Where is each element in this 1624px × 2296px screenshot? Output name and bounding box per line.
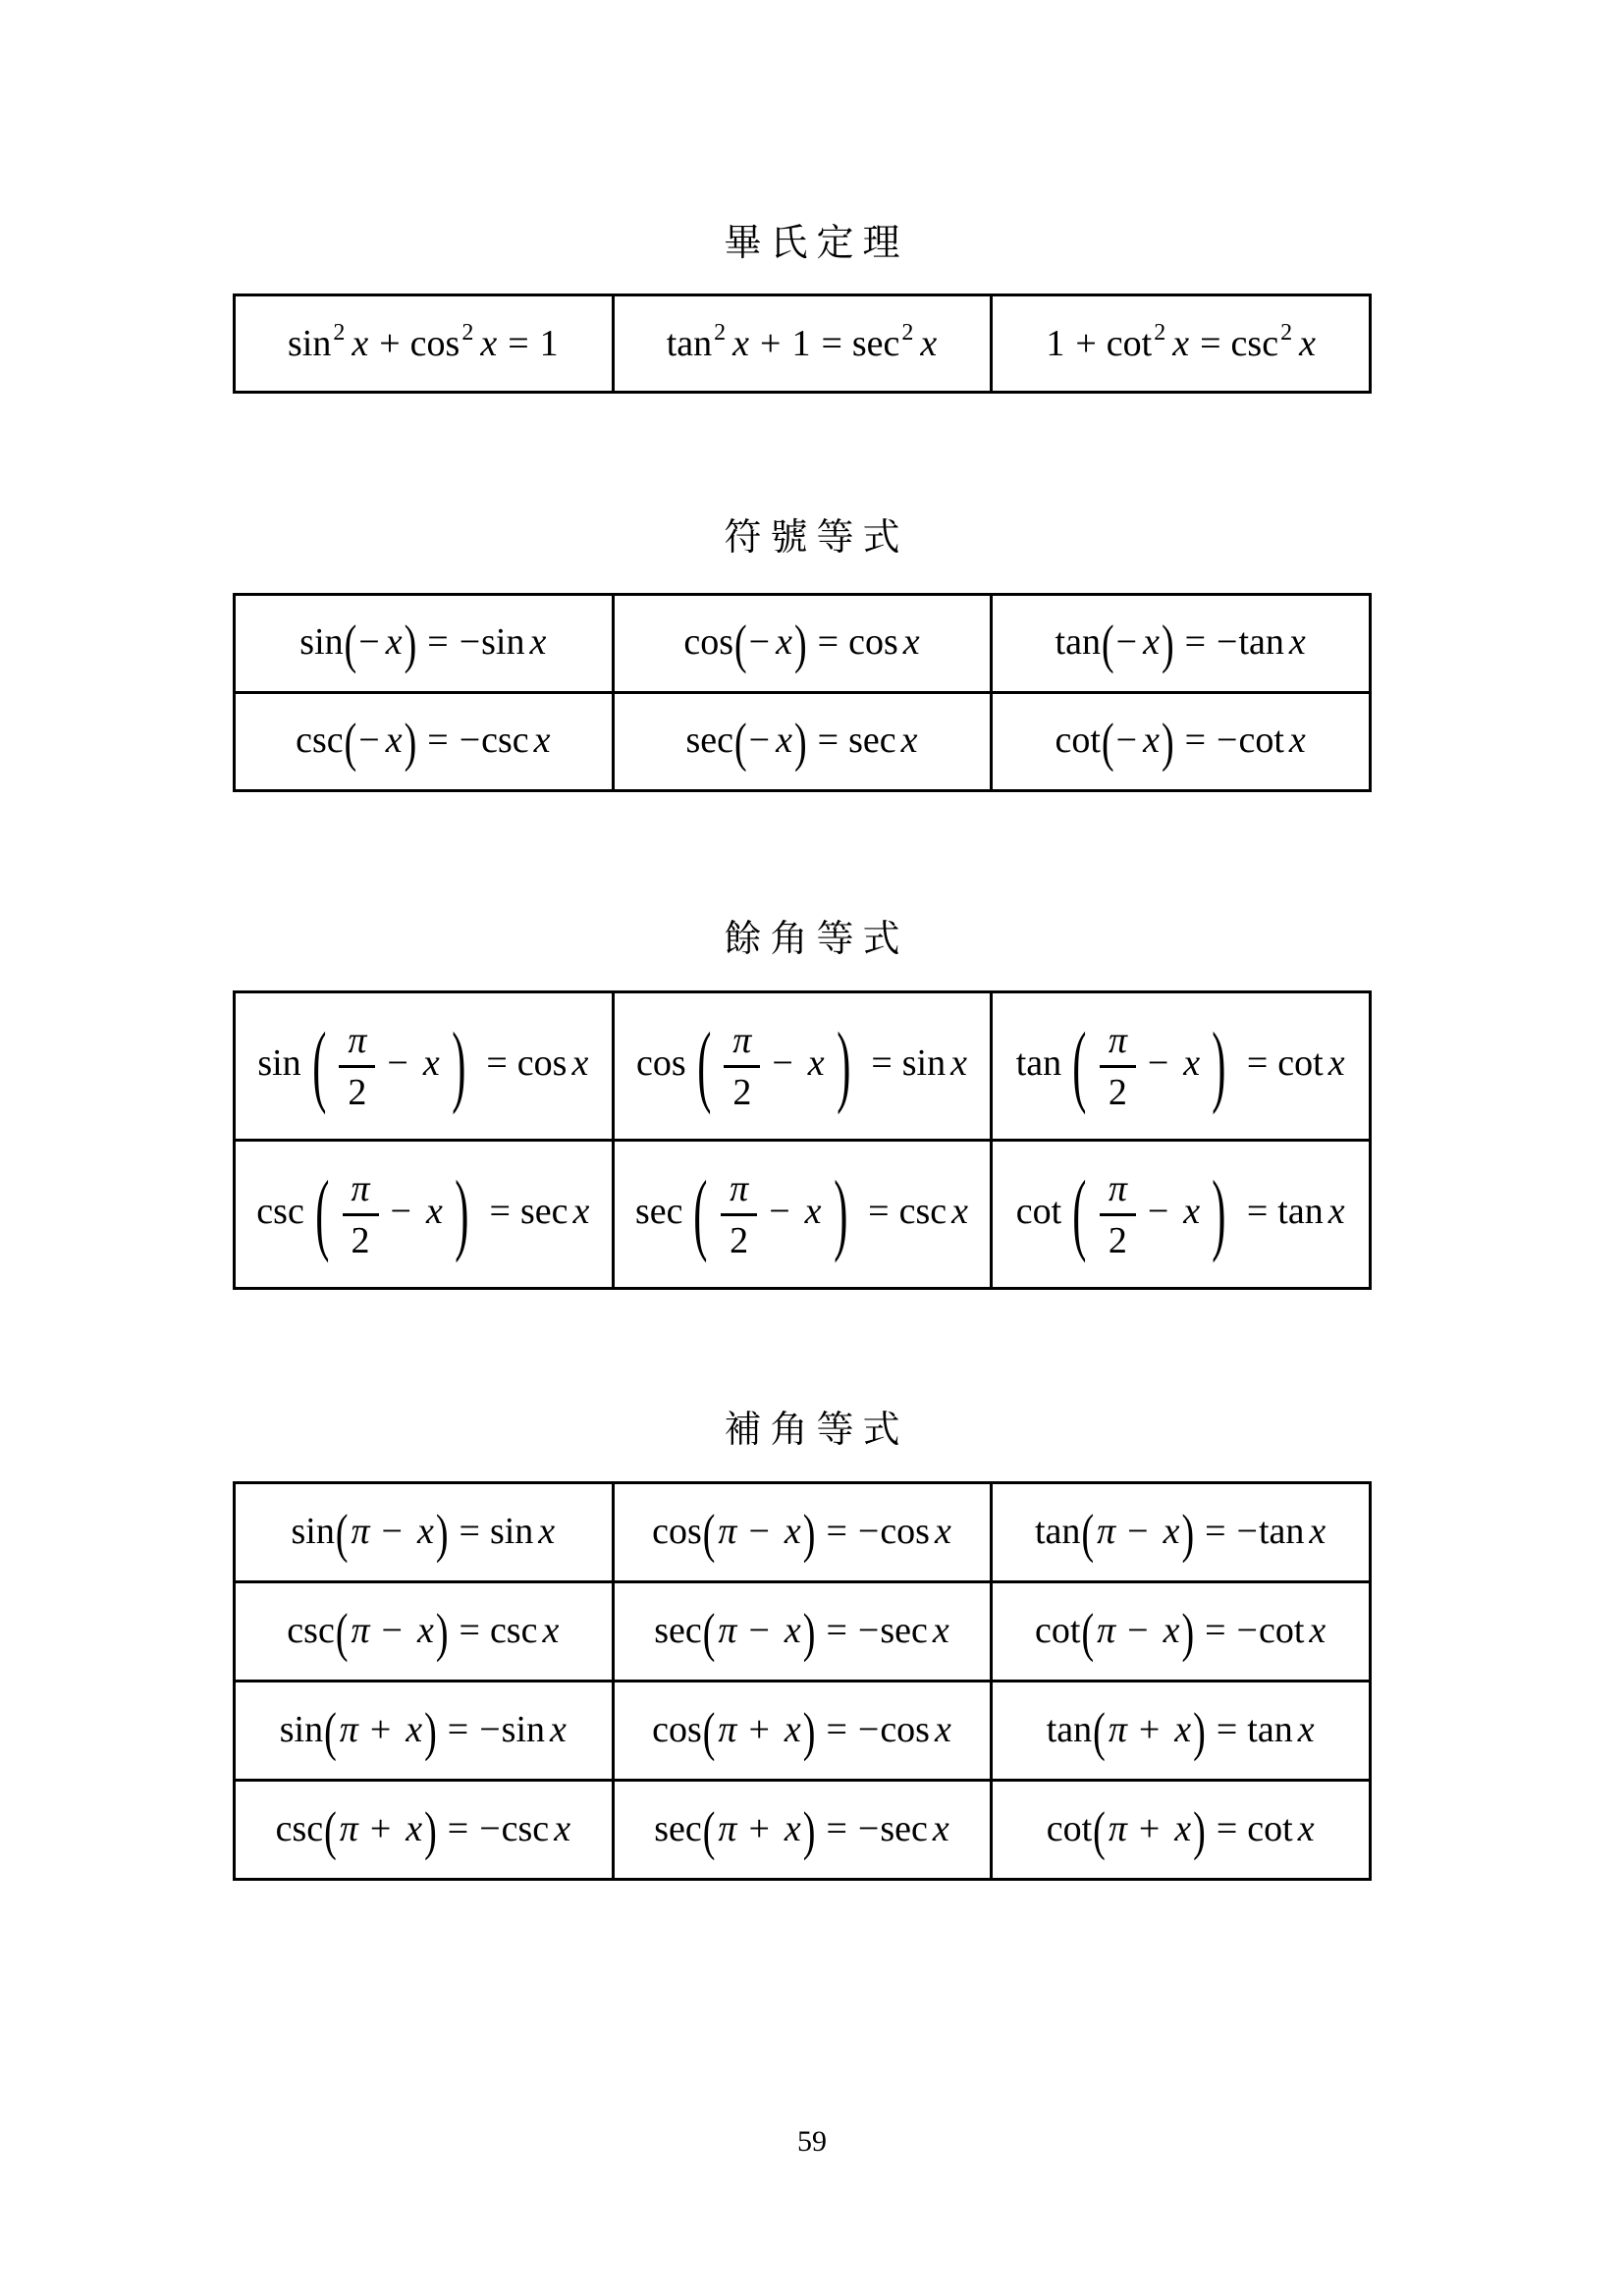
formula-cell: tan(−x)=−tanx: [992, 595, 1371, 693]
operator: =: [448, 1709, 468, 1750]
function-name: tan: [1016, 1042, 1061, 1084]
left-paren: (: [1081, 1507, 1094, 1561]
function-name: cos: [410, 323, 460, 364]
operator: =: [871, 1042, 892, 1084]
fraction: π2: [342, 1168, 378, 1261]
variable: x: [417, 1610, 434, 1651]
formula-cell: tan(π2−x)=cotx: [992, 992, 1371, 1141]
formula-cell: sec(π−x)=−secx: [613, 1582, 992, 1682]
operator: =: [818, 621, 839, 663]
operator: =: [460, 1610, 480, 1651]
formula-cell: csc(π2−x)=secx: [235, 1141, 614, 1289]
function-name: tan: [667, 323, 712, 364]
fraction-denominator: 2: [1100, 1213, 1136, 1261]
variable: x: [935, 1511, 951, 1552]
function-name: sec: [880, 1610, 928, 1651]
supplementary-identities-table: sin(π−x)=sinx cos(π−x)=−cosx tan(π−x)=−t…: [233, 1481, 1372, 1881]
operator: −: [748, 1511, 769, 1552]
variable: x: [1298, 1709, 1315, 1750]
function-name: csc: [502, 1808, 550, 1849]
operator: +: [370, 1808, 391, 1849]
right-paren: ): [1181, 1606, 1194, 1660]
unary-minus: −: [358, 720, 379, 761]
big-left-paren: (: [697, 1020, 711, 1111]
operator: =: [1205, 1610, 1225, 1651]
variable: x: [785, 1709, 801, 1750]
unary-minus: −: [1217, 621, 1237, 663]
function-name: cot: [1259, 1610, 1304, 1651]
operator: −: [1127, 1610, 1148, 1651]
section-title-cofunction-identities: 餘角等式: [0, 920, 1624, 961]
right-paren: ): [1193, 1705, 1206, 1759]
fraction-denominator: 2: [1100, 1065, 1136, 1113]
variable: x: [1164, 1511, 1180, 1552]
variable: x: [406, 1709, 422, 1750]
variable: x: [1298, 1808, 1315, 1849]
function-name: cos: [652, 1709, 702, 1750]
unary-minus: −: [1116, 720, 1137, 761]
formula-cell: tan(π−x)=−tanx: [992, 1483, 1371, 1582]
function-name: csc: [490, 1610, 538, 1651]
right-paren: ): [794, 716, 807, 770]
variable: x: [1172, 323, 1189, 364]
variable: x: [1309, 1511, 1326, 1552]
big-right-paren: ): [452, 1020, 465, 1111]
big-left-paren: (: [1072, 1020, 1086, 1111]
page-number: 59: [0, 2125, 1624, 2159]
right-paren: ): [1193, 1804, 1206, 1858]
right-paren: ): [794, 617, 807, 671]
pi-symbol: π: [718, 1808, 736, 1849]
superscript: 2: [714, 320, 726, 346]
function-name: csc: [276, 1808, 324, 1849]
operator: −: [1127, 1511, 1148, 1552]
function-name: cot: [1016, 1191, 1061, 1232]
left-paren: (: [336, 1507, 349, 1561]
superscript: 2: [333, 320, 345, 346]
big-left-paren: (: [1072, 1168, 1086, 1259]
right-paren: ): [405, 617, 417, 671]
operator: +: [370, 1709, 391, 1750]
fraction-denominator: 2: [343, 1213, 379, 1261]
function-name: sin: [299, 621, 343, 663]
operator: =: [1200, 323, 1220, 364]
fraction-denominator: 2: [721, 1213, 757, 1261]
left-paren: (: [703, 1804, 716, 1858]
fraction-denominator: 2: [339, 1065, 375, 1113]
operator: =: [448, 1808, 468, 1849]
variable: x: [572, 1191, 589, 1232]
formula-cell: cot(−x)=−cotx: [992, 693, 1371, 791]
fraction: π2: [339, 1020, 375, 1113]
operator: =: [1205, 1511, 1225, 1552]
formula-cell: cos(π2−x)=sinx: [613, 992, 992, 1141]
variable: x: [808, 1042, 825, 1084]
operator: =: [1247, 1042, 1268, 1084]
formula-cell: 1+cot2x=csc2x: [992, 295, 1371, 393]
unary-minus: −: [858, 1511, 879, 1552]
section-title-supplementary-identities: 補角等式: [0, 1411, 1624, 1452]
pi-symbol: π: [1109, 1808, 1127, 1849]
variable: x: [933, 1808, 949, 1849]
function-name: sin: [502, 1709, 545, 1750]
function-name: tan: [1047, 1709, 1092, 1750]
table-row: sin(π2−x)=cosx cos(π2−x)=sinx tan(π2−x)=…: [235, 992, 1371, 1141]
operator: =: [868, 1191, 889, 1232]
fraction-denominator: 2: [724, 1065, 760, 1113]
variable: x: [785, 1511, 801, 1552]
unary-minus: −: [479, 1709, 500, 1750]
left-paren: (: [703, 1705, 716, 1759]
pi-symbol: π: [718, 1610, 736, 1651]
formula-cell: cot(π+x)=cotx: [992, 1781, 1371, 1880]
operator: =: [427, 720, 448, 761]
operator: =: [508, 323, 528, 364]
variable: x: [901, 720, 918, 761]
operator: =: [826, 1511, 846, 1552]
formula-cell: cos(π+x)=−cosx: [613, 1682, 992, 1781]
variable: x: [386, 621, 403, 663]
formula-cell: sin(π−x)=sinx: [235, 1483, 614, 1582]
fraction: π2: [1100, 1020, 1136, 1113]
left-paren: (: [1102, 716, 1114, 770]
function-name: sin: [280, 1709, 323, 1750]
table-row: csc(π+x)=−cscx sec(π+x)=−secx cot(π+x)=c…: [235, 1781, 1371, 1880]
formula-cell: sin(π2−x)=cosx: [235, 992, 614, 1141]
function-name: csc: [256, 1191, 304, 1232]
operator: −: [391, 1191, 411, 1232]
variable: x: [1328, 1191, 1345, 1232]
right-paren: ): [424, 1705, 437, 1759]
variable: x: [920, 323, 937, 364]
right-paren: ): [1181, 1507, 1194, 1561]
variable: x: [554, 1808, 570, 1849]
right-paren: ): [803, 1606, 816, 1660]
left-paren: (: [324, 1705, 337, 1759]
formula-cell: sec(−x)=secx: [613, 693, 992, 791]
variable: x: [538, 1511, 555, 1552]
left-paren: (: [336, 1606, 349, 1660]
left-paren: (: [324, 1804, 337, 1858]
function-name: tan: [1035, 1511, 1080, 1552]
right-paren: ): [405, 716, 417, 770]
operator: −: [772, 1042, 792, 1084]
operator: =: [1247, 1191, 1268, 1232]
pi-symbol: π: [340, 1709, 358, 1750]
right-paren: ): [424, 1804, 437, 1858]
table-row: sin(−x)=−sinx cos(−x)=cosx tan(−x)=−tanx: [235, 595, 1371, 693]
variable: x: [571, 1042, 588, 1084]
function-name: cos: [517, 1042, 568, 1084]
left-paren: (: [345, 716, 357, 770]
function-name: tan: [1238, 621, 1283, 663]
operator: +: [1075, 323, 1096, 364]
number: 1: [1046, 323, 1064, 364]
fraction-numerator: π: [724, 1020, 760, 1065]
unary-minus: −: [858, 1610, 879, 1651]
variable: x: [1164, 1610, 1180, 1651]
variable: x: [933, 1610, 949, 1651]
variable: x: [1289, 720, 1306, 761]
superscript: 2: [461, 320, 473, 346]
table-row: sin2x+cos2x=1 tan2x+1=sec2x 1+cot2x=csc2…: [235, 295, 1371, 393]
variable: x: [1183, 1042, 1200, 1084]
unary-minus: −: [858, 1709, 879, 1750]
formula-cell: tan2x+1=sec2x: [613, 295, 992, 393]
variable: x: [542, 1610, 559, 1651]
variable: x: [1289, 621, 1306, 663]
big-right-paren: ): [1212, 1020, 1225, 1111]
function-name: cot: [1056, 720, 1101, 761]
variable: x: [480, 323, 497, 364]
left-paren: (: [703, 1606, 716, 1660]
fraction: π2: [724, 1020, 760, 1113]
function-name: cot: [1047, 1808, 1092, 1849]
variable: x: [950, 1042, 967, 1084]
variable: x: [530, 621, 547, 663]
operator: =: [826, 1709, 846, 1750]
big-left-paren: (: [312, 1020, 326, 1111]
variable: x: [406, 1808, 422, 1849]
table-row: csc(π2−x)=secx sec(π2−x)=cscx cot(π2−x)=…: [235, 1141, 1371, 1289]
right-paren: ): [436, 1507, 449, 1561]
operator: +: [748, 1709, 769, 1750]
left-paren: (: [734, 716, 747, 770]
formula-cell: cos(π−x)=−cosx: [613, 1483, 992, 1582]
function-name: cos: [652, 1511, 702, 1552]
operator: −: [1148, 1191, 1168, 1232]
function-name: sin: [288, 323, 331, 364]
table-row: sin(π−x)=sinx cos(π−x)=−cosx tan(π−x)=−t…: [235, 1483, 1371, 1582]
formula-cell: sin(π+x)=−sinx: [235, 1682, 614, 1781]
formula-cell: sec(π+x)=−secx: [613, 1781, 992, 1880]
right-paren: ): [803, 1507, 816, 1561]
big-left-paren: (: [694, 1168, 708, 1259]
formula-cell: csc(π+x)=−cscx: [235, 1781, 614, 1880]
fraction-numerator: π: [342, 1168, 378, 1213]
number: 1: [540, 323, 559, 364]
formula-cell: cot(π−x)=−cotx: [992, 1582, 1371, 1682]
left-paren: (: [1102, 617, 1114, 671]
formula-cell: csc(−x)=−cscx: [235, 693, 614, 791]
unary-minus: −: [1217, 720, 1237, 761]
operator: −: [748, 1610, 769, 1651]
operator: =: [460, 1511, 480, 1552]
function-name: cos: [880, 1709, 930, 1750]
function-name: sin: [257, 1042, 300, 1084]
pi-symbol: π: [351, 1511, 369, 1552]
variable: x: [1143, 720, 1160, 761]
big-right-paren: ): [837, 1020, 850, 1111]
right-paren: ): [1162, 617, 1174, 671]
pi-symbol: π: [340, 1808, 358, 1849]
unary-minus: −: [460, 621, 480, 663]
document-page: 畢氏定理 sin2x+cos2x=1 tan2x+1=sec2x 1+cot2x…: [0, 0, 1624, 2296]
function-name: cos: [636, 1042, 686, 1084]
fraction: π2: [1100, 1168, 1136, 1261]
right-paren: ): [803, 1804, 816, 1858]
function-name: sec: [880, 1808, 928, 1849]
formula-cell: sec(π2−x)=cscx: [613, 1141, 992, 1289]
function-name: cos: [848, 621, 898, 663]
cofunction-identities-table: sin(π2−x)=cosx cos(π2−x)=sinx tan(π2−x)=…: [233, 990, 1372, 1290]
number: 1: [791, 323, 810, 364]
variable: x: [417, 1511, 434, 1552]
unary-minus: −: [479, 1808, 500, 1849]
function-name: cot: [1277, 1042, 1323, 1084]
function-name: sin: [490, 1511, 533, 1552]
big-right-paren: ): [834, 1168, 847, 1259]
operator: =: [1185, 621, 1206, 663]
unary-minus: −: [1116, 621, 1137, 663]
function-name: sec: [685, 720, 733, 761]
variable: x: [1183, 1191, 1200, 1232]
operator: +: [760, 323, 781, 364]
left-paren: (: [1081, 1606, 1094, 1660]
pi-symbol: π: [1109, 1709, 1127, 1750]
operator: −: [382, 1610, 403, 1651]
operator: =: [818, 720, 839, 761]
unary-minus: −: [1237, 1511, 1258, 1552]
function-name: csc: [481, 720, 529, 761]
function-name: csc: [899, 1191, 947, 1232]
operator: +: [1139, 1709, 1160, 1750]
function-name: cot: [1247, 1808, 1292, 1849]
formula-cell: cot(π2−x)=tanx: [992, 1141, 1371, 1289]
variable: x: [1174, 1808, 1191, 1849]
fraction-numerator: π: [1100, 1168, 1136, 1213]
left-paren: (: [1093, 1705, 1106, 1759]
pi-symbol: π: [351, 1610, 369, 1651]
pi-symbol: π: [1097, 1610, 1115, 1651]
variable: x: [1299, 323, 1316, 364]
big-right-paren: ): [1212, 1168, 1225, 1259]
operator: −: [382, 1511, 403, 1552]
variable: x: [1143, 621, 1160, 663]
fraction-numerator: π: [721, 1168, 757, 1213]
formula-cell: cos(−x)=cosx: [613, 595, 992, 693]
function-name: tan: [1259, 1511, 1304, 1552]
variable: x: [423, 1042, 440, 1084]
right-paren: ): [1162, 716, 1174, 770]
function-name: sec: [520, 1191, 568, 1232]
variable: x: [935, 1709, 951, 1750]
variable: x: [732, 323, 749, 364]
variable: x: [805, 1191, 822, 1232]
variable: x: [352, 323, 368, 364]
superscript: 2: [1280, 320, 1292, 346]
unary-minus: −: [858, 1808, 879, 1849]
left-paren: (: [345, 617, 357, 671]
table-row: sin(π+x)=−sinx cos(π+x)=−cosx tan(π+x)=t…: [235, 1682, 1371, 1781]
fraction: π2: [721, 1168, 757, 1261]
formula-cell: csc(π−x)=cscx: [235, 1582, 614, 1682]
variable: x: [1309, 1610, 1326, 1651]
function-name: sec: [654, 1808, 702, 1849]
left-paren: (: [1093, 1804, 1106, 1858]
superscript: 2: [901, 320, 913, 346]
variable: x: [785, 1610, 801, 1651]
operator: −: [769, 1191, 789, 1232]
function-name: csc: [296, 720, 344, 761]
function-name: cos: [880, 1511, 930, 1552]
table-row: csc(π−x)=cscx sec(π−x)=−secx cot(π−x)=−c…: [235, 1582, 1371, 1682]
variable: x: [534, 720, 551, 761]
operator: =: [1185, 720, 1206, 761]
unary-minus: −: [358, 621, 379, 663]
unary-minus: −: [1237, 1610, 1258, 1651]
function-name: sin: [481, 621, 524, 663]
variable: x: [426, 1191, 443, 1232]
formula-cell: sin(−x)=−sinx: [235, 595, 614, 693]
function-name: sec: [654, 1610, 702, 1651]
operator: =: [821, 323, 841, 364]
variable: x: [785, 1808, 801, 1849]
operator: =: [826, 1610, 846, 1651]
function-name: tan: [1056, 621, 1101, 663]
function-name: csc: [287, 1610, 335, 1651]
variable: x: [776, 621, 792, 663]
function-name: sin: [902, 1042, 946, 1084]
function-name: tan: [1247, 1709, 1292, 1750]
function-name: csc: [1231, 323, 1279, 364]
sign-identities-table: sin(−x)=−sinx cos(−x)=cosx tan(−x)=−tanx…: [233, 593, 1372, 792]
operator: −: [1148, 1042, 1168, 1084]
variable: x: [903, 621, 920, 663]
section-title-sign-identities: 符號等式: [0, 518, 1624, 560]
operator: =: [427, 621, 448, 663]
pi-symbol: π: [718, 1511, 736, 1552]
function-name: cot: [1238, 720, 1283, 761]
variable: x: [1328, 1042, 1345, 1084]
table-row: csc(−x)=−cscx sec(−x)=secx cot(−x)=−cotx: [235, 693, 1371, 791]
function-name: cot: [1035, 1610, 1080, 1651]
function-name: sec: [635, 1191, 683, 1232]
fraction-numerator: π: [339, 1020, 375, 1065]
variable: x: [386, 720, 403, 761]
unary-minus: −: [460, 720, 480, 761]
left-paren: (: [703, 1507, 716, 1561]
function-name: sec: [848, 720, 896, 761]
operator: =: [490, 1191, 511, 1232]
variable: x: [1174, 1709, 1191, 1750]
operator: +: [379, 323, 400, 364]
function-name: sec: [852, 323, 900, 364]
fraction-numerator: π: [1100, 1020, 1136, 1065]
variable: x: [951, 1191, 968, 1232]
variable: x: [550, 1709, 567, 1750]
pi-symbol: π: [1097, 1511, 1115, 1552]
function-name: cot: [1107, 323, 1152, 364]
right-paren: ): [436, 1606, 449, 1660]
big-right-paren: ): [455, 1168, 468, 1259]
operator: +: [748, 1808, 769, 1849]
left-paren: (: [734, 617, 747, 671]
unary-minus: −: [749, 720, 770, 761]
operator: =: [1217, 1709, 1237, 1750]
operator: +: [1139, 1808, 1160, 1849]
variable: x: [776, 720, 792, 761]
operator: =: [826, 1808, 846, 1849]
function-name: cos: [683, 621, 733, 663]
right-paren: ): [803, 1705, 816, 1759]
section-title-pythagorean-theorem: 畢氏定理: [0, 224, 1624, 265]
unary-minus: −: [749, 621, 770, 663]
formula-cell: tan(π+x)=tanx: [992, 1682, 1371, 1781]
pi-symbol: π: [718, 1709, 736, 1750]
operator: =: [1217, 1808, 1237, 1849]
function-name: sin: [291, 1511, 334, 1552]
